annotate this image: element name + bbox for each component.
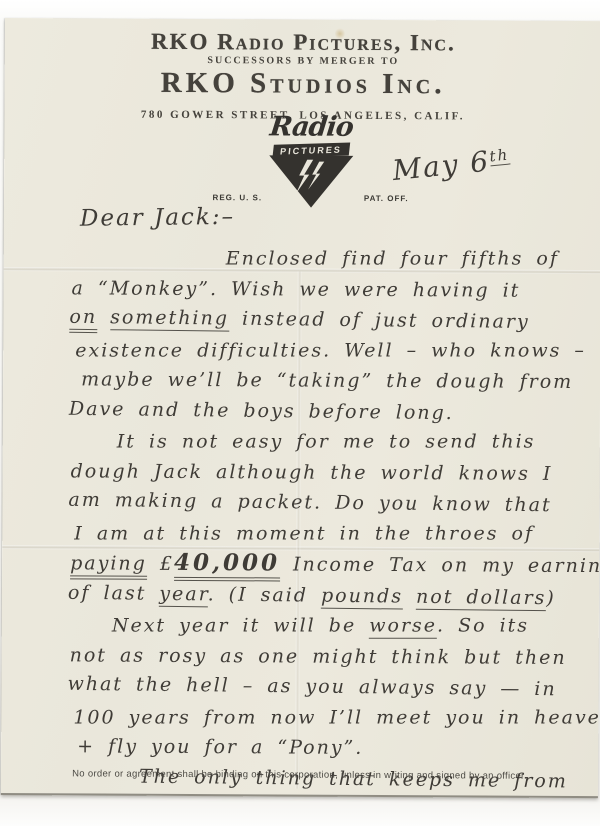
date-suffix: th [489, 146, 510, 167]
letterhead: RKO Radio Pictures, Inc. Successors by M… [4, 28, 600, 123]
handwritten-text: worse [369, 615, 437, 639]
handwritten-text: something [110, 306, 229, 331]
handwritten-text [403, 585, 416, 607]
handwritten-text: dough Jack although the world knows I [71, 460, 553, 485]
handwritten-text: not dollars [416, 585, 547, 610]
handwritten-text: + fly you for a “Pony”. [77, 735, 363, 758]
letter-body: Enclosed find four fifths ofa “Monkey”. … [67, 242, 587, 795]
handwritten-text: Next year it will be [112, 615, 369, 637]
handwritten-text: instead of just ordinary [229, 308, 530, 333]
handwritten-line: what the hell – as you always say — in [67, 669, 584, 705]
handwritten-line: not as rosy as one might think but then [70, 640, 585, 673]
handwritten-text: paying [70, 552, 147, 579]
handwritten-text: year [159, 582, 208, 607]
handwritten-text: what the hell – as you always say — in [67, 673, 556, 701]
lightning-bolt-icon [295, 160, 327, 200]
handwritten-line: paying £40,000 Income Tax on my earnings [70, 547, 585, 581]
handwritten-line: a “Monkey”. Wish we were having it [72, 273, 587, 306]
logo-pictures-text: PICTURES [272, 142, 349, 157]
handwritten-line: of last year. (I said pounds not dollars… [68, 577, 585, 613]
handwritten-text: . So its [437, 615, 529, 637]
handwritten-line: am making a packet. Do you know that [68, 485, 585, 521]
handwritten-line: 100 years from now I’ll meet you in heav… [73, 702, 584, 733]
company-name-2: RKO Studios Inc. [5, 66, 600, 102]
handwritten-text: Income Tax on my earnings [280, 553, 600, 577]
date-text: May 6 [391, 145, 492, 188]
reg-text: REG. U. S. [213, 193, 263, 202]
salutation: Dear Jack:– [80, 204, 235, 232]
pat-text: PAT. OFF. [364, 194, 409, 203]
handwritten-text [97, 306, 110, 328]
handwritten-text: existence difficulties. Well – who knows… [75, 339, 586, 361]
handwritten-text: Enclosed find four fifths of [226, 248, 559, 270]
handwritten-text: . (I said [208, 583, 322, 606]
handwritten-text: £ [147, 553, 174, 575]
rko-radio-pictures-logo: Radio PICTURES REG. U. S. PAT. OFF. [230, 113, 391, 216]
handwritten-line: dough Jack although the world knows I [71, 456, 586, 489]
handwritten-text: not as rosy as one might think but then [70, 644, 567, 669]
logo-triangle: REG. U. S. PAT. OFF. [230, 155, 390, 216]
handwritten-text: 100 years from now I’ll meet you in heav… [73, 706, 600, 728]
handwritten-text: ) [546, 587, 556, 609]
handwritten-text: It is not easy for me to send this [117, 431, 536, 453]
handwritten-text: am making a packet. Do you know that [68, 489, 551, 516]
handwritten-text: maybe we’ll be “taking” the dough from [81, 368, 573, 393]
handwritten-text: of last [68, 581, 160, 604]
handwritten-text: 40,000 [174, 549, 280, 582]
handwritten-line: Dave and the boys before long. [69, 393, 586, 429]
logo-radio-text: Radio [229, 113, 392, 141]
handwritten-text: pounds [321, 584, 403, 609]
handwritten-date: May 6th [391, 143, 511, 188]
letter-paper: RKO Radio Pictures, Inc. Successors by M… [1, 18, 600, 798]
handwritten-text: a “Monkey”. Wish we were having it [72, 277, 521, 301]
handwritten-text: I am at this moment in the throes of [74, 522, 534, 544]
handwritten-text: on [69, 306, 97, 333]
handwritten-line: existence difficulties. Well – who knows… [75, 335, 586, 366]
handwritten-text: Dave and the boys before long. [69, 397, 454, 423]
handwritten-line: It is not easy for me to send this [75, 427, 586, 458]
company-name: RKO Radio Pictures, Inc. [5, 28, 600, 57]
handwritten-line: on something instead of just ordinary [69, 302, 586, 338]
handwritten-line: + fly you for a “Pony”. [69, 731, 584, 764]
handwritten-line: Next year it will be worse. So its [74, 611, 585, 642]
handwritten-line: I am at this moment in the throes of [74, 518, 585, 549]
handwritten-line: maybe we’ll be “taking” the dough from [71, 364, 586, 397]
handwritten-line: Enclosed find four fifths of [76, 244, 587, 275]
